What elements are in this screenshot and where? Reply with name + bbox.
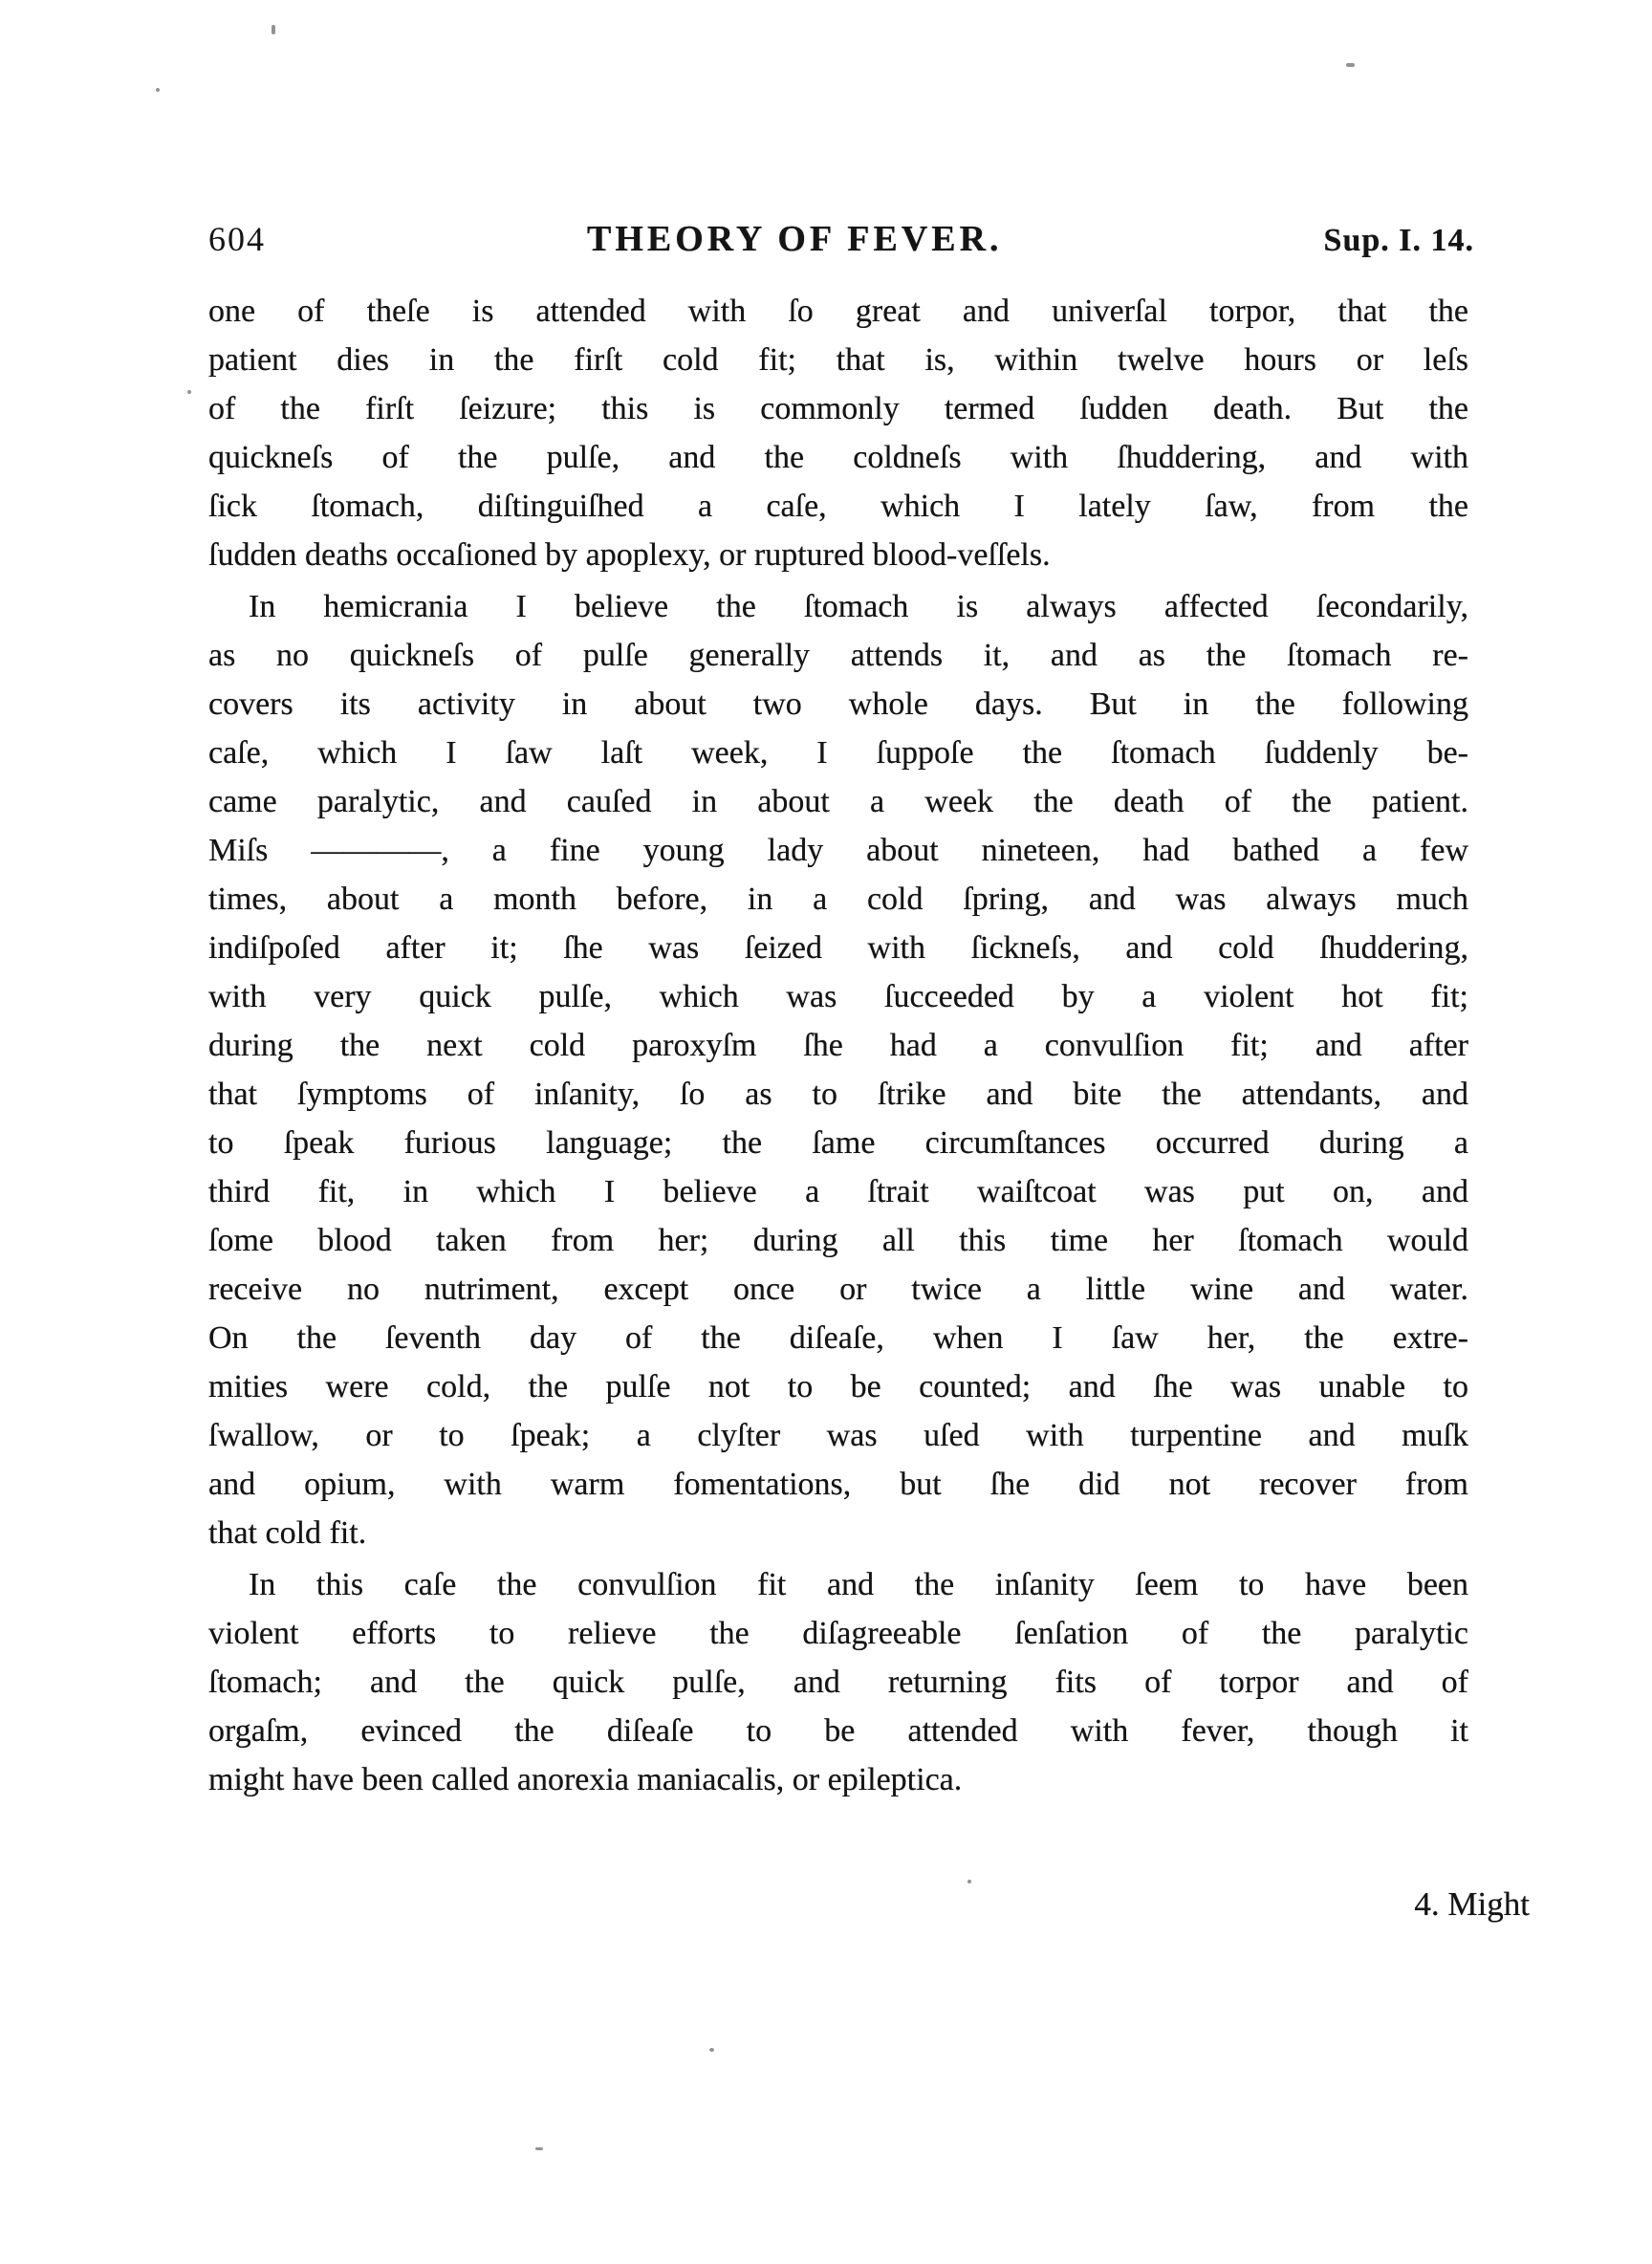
text-line: to ſpeak furious language; the ſame circ… [208,1119,1468,1167]
scan-speck [709,2048,714,2052]
text-line: violent efforts to relieve the diſagreea… [208,1609,1468,1658]
scan-speck [535,2147,543,2150]
running-title: THEORY OF FEVER. [587,218,1003,260]
scan-speck [187,390,191,394]
catchword: 4. Might [1414,1885,1530,1924]
text-line: patient dies in the firſt cold fit; that… [208,336,1468,384]
text-line: In hemicrania I believe the ſtomach is a… [208,582,1468,631]
text-line: times, about a month before, in a cold ſ… [208,875,1468,924]
text-line: with very quick pulſe, which was ſucceed… [208,972,1468,1021]
text-line: that cold fit. [208,1509,1468,1557]
text-line: ſome blood taken from her; during all th… [208,1216,1468,1265]
text-line: came paralytic, and cauſed in about a we… [208,777,1468,826]
text-line: mities were cold, the pulſe not to be co… [208,1362,1468,1411]
text-line: ſwallow, or to ſpeak; a clyſter was uſed… [208,1411,1468,1460]
text-line: ſtomach; and the quick pulſe, and return… [208,1658,1468,1707]
text-line: one of theſe is attended with ſo great a… [208,287,1468,336]
text-line: indiſpoſed after it; ſhe was ſeized with… [208,924,1468,972]
scan-speck [156,88,160,92]
text-line: ſudden deaths occaſioned by apoplexy, or… [208,531,1468,579]
scan-speck [272,25,275,34]
text-line: caſe, which I ſaw laſt week, I ſuppoſe t… [208,729,1468,777]
page-header: 604 THEORY OF FEVER. Sup. I. 14. [208,218,1474,260]
text-line: third fit, in which I believe a ſtrait w… [208,1167,1468,1216]
text-line: that ſymptoms of inſanity, ſo as to ſtri… [208,1070,1468,1119]
paragraph-2: In hemicrania I believe the ſtomach is a… [208,582,1468,1557]
paragraph-3: In this caſe the convulſion fit and the … [208,1560,1468,1804]
section-label: Sup. I. 14. [1324,223,1474,259]
text-line: ſick ſtomach, diſtinguiſhed a caſe, whic… [208,482,1468,531]
text-line: might have been called anorexia maniacal… [208,1755,1468,1804]
paragraph-1: one of theſe is attended with ſo great a… [208,287,1468,579]
page-number: 604 [208,219,266,259]
text-line: as no quickneſs of pulſe generally atten… [208,631,1468,680]
text-line: of the firſt ſeizure; this is commonly t… [208,384,1468,433]
text-line: On the ſeventh day of the diſeaſe, when … [208,1314,1468,1362]
text-line: receive no nutriment, except once or twi… [208,1265,1468,1314]
scan-speck [967,1880,971,1883]
text-line: during the next cold paroxyſm ſhe had a … [208,1021,1468,1070]
book-page: 604 THEORY OF FEVER. Sup. I. 14. one of … [0,0,1652,2264]
text-line: orgaſm, evinced the diſeaſe to be attend… [208,1707,1468,1755]
text-line: Miſs ————, a fine young lady about ninet… [208,826,1468,875]
text-line: In this caſe the convulſion fit and the … [208,1560,1468,1609]
text-line: quickneſs of the pulſe, and the coldneſs… [208,433,1468,482]
scan-speck [1346,63,1355,67]
text-block: one of theſe is attended with ſo great a… [208,287,1468,1804]
text-line: and opium, with warm fomentations, but ſ… [208,1460,1468,1509]
text-line: covers its activity in about two whole d… [208,680,1468,729]
